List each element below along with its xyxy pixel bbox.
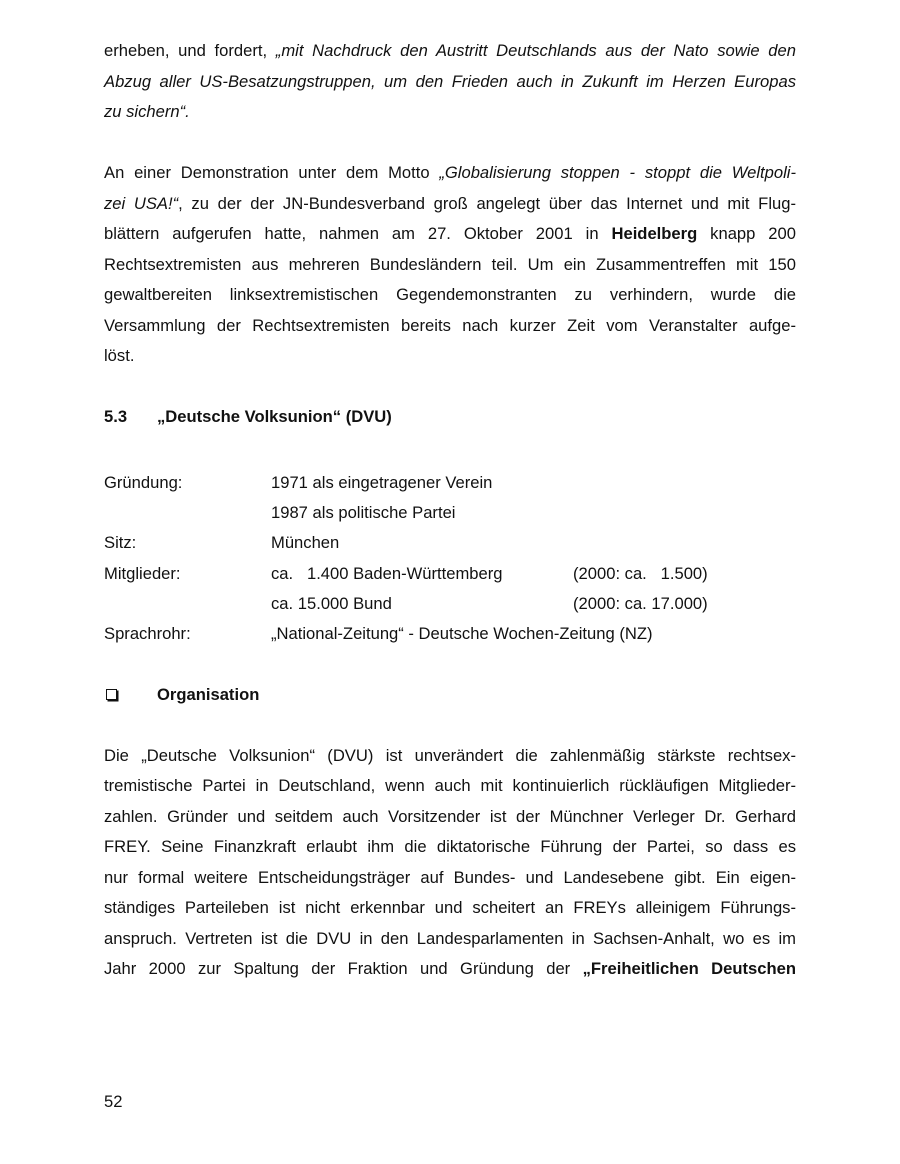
text-line: anspruch. Vertreten ist die DVU in den L… [104, 929, 796, 949]
facts-previous-value: (2000: ca. 17.000) [573, 594, 708, 614]
facts-value: 1987 als politische Partei [271, 503, 455, 523]
quote-text: „mit Nachdruck den Austritt Deutschlands… [276, 41, 796, 60]
section-number: 5.3 [104, 407, 157, 427]
motto-text: „Globalisierung stoppen - stoppt die Wel… [439, 163, 796, 182]
text-line: ständiges Parteileben ist nicht erkennba… [104, 898, 796, 918]
text-line: zu sichern“. [104, 102, 190, 122]
text-line: löst. [104, 346, 134, 366]
text-line: Versammlung der Rechtsextremisten bereit… [104, 316, 796, 336]
facts-value: ca. 1.400 Baden-Württemberg [271, 564, 503, 584]
text-line: tremistische Partei in Deutschland, wenn… [104, 776, 796, 796]
party-name: „Freiheitlichen Deutschen [583, 959, 796, 978]
text-line: An einer Demonstration unter dem Motto „… [104, 163, 796, 183]
text-line: Rechtsextremisten aus mehreren Bundeslän… [104, 255, 796, 275]
motto-text: zei USA!“ [104, 194, 178, 213]
text-line: Jahr 2000 zur Spaltung der Fraktion und … [104, 959, 796, 979]
facts-label: Sprachrohr: [104, 624, 191, 644]
subsection-title: Organisation [157, 685, 259, 705]
text-line: zahlen. Gründer und seitdem auch Vorsitz… [104, 807, 796, 827]
page-number: 52 [104, 1092, 122, 1112]
text-line: FREY. Seine Finanzkraft erlaubt ihm die … [104, 837, 796, 857]
facts-label: Mitglieder: [104, 564, 181, 584]
text-line: nur formal weitere Entscheidungsträger a… [104, 868, 796, 888]
checkbox-icon [106, 689, 117, 700]
facts-label: Sitz: [104, 533, 136, 553]
facts-label: Gründung: [104, 473, 182, 493]
facts-value: 1971 als eingetragener Verein [271, 473, 492, 493]
text-line: erheben, und fordert, „mit Nachdruck den… [104, 41, 796, 61]
section-title: „Deutsche Volksunion“ (DVU) [157, 407, 392, 426]
place-name: Heidelberg [611, 224, 697, 243]
facts-previous-value: (2000: ca. 1.500) [573, 564, 708, 584]
facts-value: „National-Zeitung“ - Deutsche Wochen-Zei… [271, 624, 653, 644]
text-line: blättern aufgerufen hatte, nahmen am 27.… [104, 224, 796, 244]
text-line: gewaltbereiten linksextremistischen Gege… [104, 285, 796, 305]
text-line: Abzug aller US-Besatzungstruppen, um den… [104, 72, 796, 92]
section-heading: 5.3„Deutsche Volksunion“ (DVU) [104, 407, 392, 427]
facts-value: München [271, 533, 339, 553]
text-line: Die „Deutsche Volksunion“ (DVU) ist unve… [104, 746, 796, 766]
text-line: zei USA!“, zu der der JN-Bundesverband g… [104, 194, 796, 214]
facts-value: ca. 15.000 Bund [271, 594, 392, 614]
